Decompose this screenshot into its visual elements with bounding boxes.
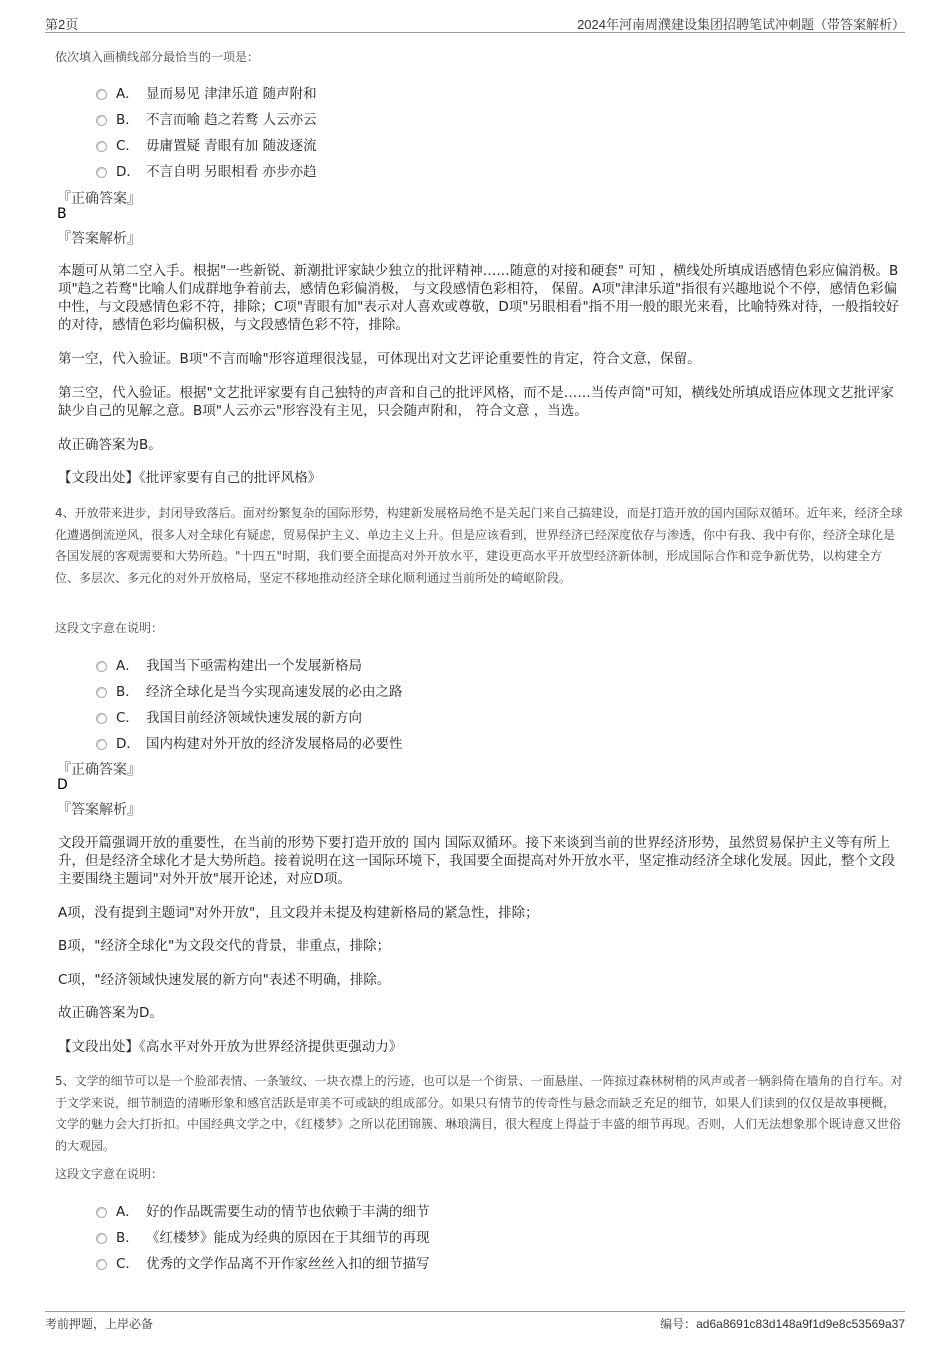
serial-value: ad6a8691c83d148a9f1d9e8c53569a37: [696, 1317, 905, 1331]
radio-icon[interactable]: [96, 1207, 107, 1218]
q4-analysis-label: 『答案解析』: [57, 799, 141, 819]
q3-option-c[interactable]: C． 毋庸置疑 青眼有加 随波逐流: [96, 134, 317, 154]
radio-icon[interactable]: [96, 167, 107, 178]
q4-option-b[interactable]: B． 经济全球化是当今实现高速发展的必由之路: [96, 680, 403, 700]
q4-correct-answer-label: 『正确答案』: [57, 759, 141, 779]
q3-analysis-paragraph: 第三空，代入验证。根据"文艺批评家要有自己独特的声音和自己的批评风格，而不是………: [58, 384, 903, 420]
q5-option-a[interactable]: A． 好的作品既需要生动的情节也依赖于丰满的细节: [96, 1200, 430, 1220]
q3-correct-answer-label: 『正确答案』: [57, 188, 141, 208]
q4-analysis-paragraph: B项，"经济全球化"为文段交代的背景，非重点，排除；: [58, 937, 903, 955]
q5-stem: 5、文学的细节可以是一个脸部表情、一条皱纹、一块衣襟上的污迹，也可以是一个街景、…: [55, 1071, 905, 1157]
q4-analysis-paragraph: 文段开篇强调开放的重要性，在当前的形势下要打造开放的 国内 国际双循环。接下来谈…: [58, 834, 903, 888]
serial-number: 编号：ad6a8691c83d148a9f1d9e8c53569a37: [660, 1315, 905, 1332]
page-footer: 考前押题，上岸必备 编号：ad6a8691c83d148a9f1d9e8c535…: [45, 1311, 905, 1332]
q3-correct-answer: B: [57, 206, 67, 222]
footer-slogan: 考前押题，上岸必备: [45, 1315, 153, 1332]
radio-icon[interactable]: [96, 115, 107, 126]
q3-source: 【文段出处】《批评家要有自己的批评风格》: [58, 469, 903, 487]
q3-analysis-label: 『答案解析』: [57, 228, 141, 248]
q4-correct-answer: D: [57, 777, 68, 793]
q4-answer-summary: 故正确答案为D。: [58, 1004, 903, 1022]
q5-option-c[interactable]: C． 优秀的文学作品离不开作家丝丝入扣的细节描写: [96, 1252, 430, 1272]
q5-option-b[interactable]: B． 《红楼梦》能成为经典的原因在于其细节的再现: [96, 1226, 430, 1246]
radio-icon[interactable]: [96, 1233, 107, 1244]
page-number: 第2页: [45, 14, 78, 33]
q3-option-b[interactable]: B． 不言而喻 趋之若鹜 人云亦云: [96, 108, 317, 128]
q3-prompt: 依次填入画横线部分最恰当的一项是：: [55, 46, 259, 68]
q3-option-a[interactable]: A． 显而易见 津津乐道 随声附和: [96, 82, 317, 102]
q4-option-c[interactable]: C． 我国目前经济领域快速发展的新方向: [96, 706, 362, 726]
q4-analysis-paragraph: C项，"经济领域快速发展的新方向"表述不明确，排除。: [58, 971, 903, 989]
radio-icon[interactable]: [96, 739, 107, 750]
radio-icon[interactable]: [96, 661, 107, 672]
q3-answer-summary: 故正确答案为B。: [58, 436, 903, 454]
radio-icon[interactable]: [96, 687, 107, 698]
q4-source: 【文段出处】《高水平对外开放为世界经济提供更强动力》: [58, 1038, 903, 1056]
serial-label: 编号：: [660, 1317, 696, 1331]
q4-stem: 4、开放带来进步，封闭导致落后。面对纷繁复杂的国际形势，构建新发展格局绝不是关起…: [55, 503, 905, 589]
q4-analysis-paragraph: A项，没有提到主题词"对外开放"，且文段并未提及构建新格局的紧急性，排除；: [58, 904, 903, 922]
q3-option-d[interactable]: D． 不言自明 另眼相看 亦步亦趋: [96, 160, 317, 180]
radio-icon[interactable]: [96, 141, 107, 152]
q4-option-d[interactable]: D． 国内构建对外开放的经济发展格局的必要性: [96, 732, 403, 752]
q4-prompt: 这段文字意在说明：: [55, 617, 163, 639]
radio-icon[interactable]: [96, 89, 107, 100]
radio-icon[interactable]: [96, 1259, 107, 1270]
q5-prompt: 这段文字意在说明：: [55, 1163, 163, 1185]
q3-analysis-paragraph: 第一空，代入验证。B项"不言而喻"形容道理很浅显，可体现出对文艺评论重要性的肯定…: [58, 350, 903, 368]
radio-icon[interactable]: [96, 713, 107, 724]
document-title: 2024年河南周濮建设集团招聘笔试冲刺题（带答案解析）: [577, 14, 905, 33]
q3-analysis-paragraph: 本题可从第二空入手。根据"一些新锐、新潮批评家缺少独立的批评精神……随意的对接和…: [58, 262, 903, 334]
q4-option-a[interactable]: A． 我国当下亟需构建出一个发展新格局: [96, 654, 362, 674]
page-header: 第2页 2024年河南周濮建设集团招聘笔试冲刺题（带答案解析）: [45, 12, 905, 33]
